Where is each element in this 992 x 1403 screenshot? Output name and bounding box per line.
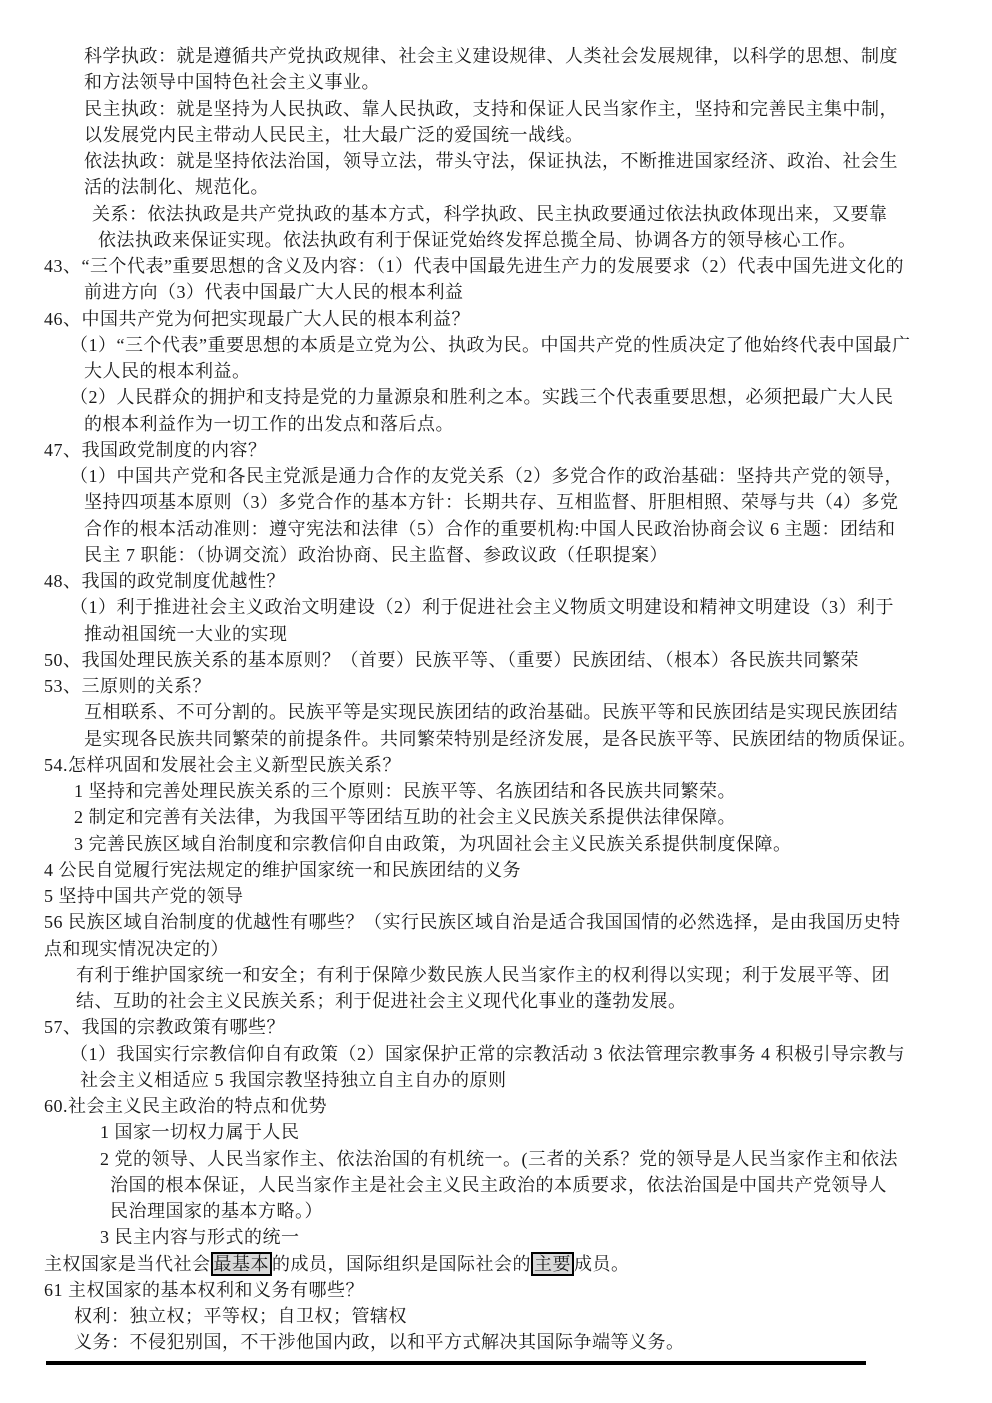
text-line: 依法执政：就是坚持依法治国，领导立法，带头守法，保证执法，不断推进国家经济、政治…: [44, 148, 948, 174]
text-segment: （1）利于推进社会主义政治文明建设（2）利于促进社会主义物质文明建设和精神文明建…: [70, 597, 894, 617]
text-line: 1 国家一切权力属于人民: [44, 1119, 948, 1145]
text-line: 互相联系、不可分割的。民族平等是实现民族团结的政治基础。民族平等和民族团结是实现…: [44, 699, 948, 725]
text-segment: 义务：不侵犯别国，不干涉他国内政，以和平方式解决其国际争端等义务。: [74, 1332, 685, 1352]
text-line: 43、“三个代表”重要思想的含义及内容：（1）代表中国最先进生产力的发展要求（2…: [44, 253, 948, 279]
text-line: 合作的根本活动准则：遵守宪法和法律（5）合作的重要机构:中国人民政治协商会议 6…: [44, 516, 948, 542]
text-line: 是实现各民族共同繁荣的前提条件。共同繁荣特别是经济发展，是各民族平等、民族团结的…: [44, 726, 948, 752]
text-segment: 50、我国处理民族关系的基本原则？（首要）民族平等、（重要）民族团结、（根本）各…: [44, 650, 859, 670]
text-segment: 2 党的领导、人民当家作主、依法治国的有机统一。(三者的关系？党的领导是人民当家…: [100, 1149, 898, 1169]
text-line: 1 坚持和完善处理民族关系的三个原则：民族平等、名族团结和各民族共同繁荣。: [44, 778, 948, 804]
text-line: 治国的根本保证，人民当家作主是社会主义民主政治的本质要求，依法治国是中国共产党领…: [44, 1172, 948, 1198]
text-line: 2 党的领导、人民当家作主、依法治国的有机统一。(三者的关系？党的领导是人民当家…: [44, 1146, 948, 1172]
text-segment: 56 民族区域自治制度的优越性有哪些？（实行民族区域自治是适合我国国情的必然选择…: [44, 912, 901, 932]
text-line: 53、三原则的关系？: [44, 673, 948, 699]
text-segment: 坚持四项基本原则（3）多党合作的基本方针：长期共存、互相监督、肝胆相照、荣辱与共…: [84, 492, 899, 512]
text-segment: 5 坚持中国共产党的领导: [44, 886, 244, 906]
text-segment: 2 制定和完善有关法律，为我国平等团结互助的社会主义民族关系提供法律保障。: [74, 807, 736, 827]
text-line: 民主 7 职能：（协调交流）政治协商、民主监督、参政议政（任职提案）: [44, 542, 948, 568]
text-segment: 54.怎样巩固和发展社会主义新型民族关系？: [44, 755, 401, 775]
text-line: 权利：独立权；平等权；自卫权；管辖权: [44, 1303, 948, 1329]
text-line: （1）中国共产党和各民主党派是通力合作的友党关系（2）多党合作的政治基础：坚持共…: [44, 463, 948, 489]
text-segment: 46、中国共产党为何把实现最广大人民的根本利益？: [44, 309, 470, 329]
document-page: 科学执政：就是遵循共产党执政规律、社会主义建设规律、人类社会发展规律，以科学的思…: [0, 0, 992, 1403]
text-line: 以发展党内民主带动人民民主，壮大最广泛的爱国统一战线。: [44, 122, 948, 148]
text-segment: 47、我国政党制度的内容？: [44, 440, 267, 460]
text-line: 依法执政来保证实现。依法执政有利于保证党始终发挥总揽全局、协调各方的领导核心工作…: [44, 227, 948, 253]
text-line: 科学执政：就是遵循共产党执政规律、社会主义建设规律、人类社会发展规律，以科学的思…: [44, 43, 948, 69]
text-line: 48、我国的政党制度优越性？: [44, 568, 948, 594]
text-line: 大人民的根本利益。: [44, 358, 948, 384]
text-line: 60.社会主义民主政治的特点和优势: [44, 1093, 948, 1119]
text-segment: 53、三原则的关系？: [44, 676, 211, 696]
text-segment: 有利于维护国家统一和安全；有利于保障少数民族人民当家作主的权利得以实现；利于发展…: [76, 965, 890, 985]
text-segment: （1）“三个代表”重要思想的本质是立党为公、执政为民。中国共产党的性质决定了他始…: [70, 335, 910, 355]
text-line: 社会主义相适应 5 我国宗教坚持独立自主自办的原则: [44, 1067, 948, 1093]
text-line: 坚持四项基本原则（3）多党合作的基本方针：长期共存、互相监督、肝胆相照、荣辱与共…: [44, 489, 948, 515]
text-segment: 1 国家一切权力属于人民: [100, 1122, 300, 1142]
text-line: 5 坚持中国共产党的领导: [44, 883, 948, 909]
text-line: 主权国家是当代社会最基本的成员，国际组织是国际社会的主要成员。: [44, 1251, 948, 1277]
text-segment: 民治理国家的基本方略。）: [110, 1201, 323, 1221]
text-line: （2）人民群众的拥护和支持是党的力量源泉和胜利之本。实践三个代表重要思想，必须把…: [44, 384, 948, 410]
document-body: 科学执政：就是遵循共产党执政规律、社会主义建设规律、人类社会发展规律，以科学的思…: [44, 43, 948, 1356]
text-line: 结、互助的社会主义民族关系；利于促进社会主义现代化事业的蓬勃发展。: [44, 988, 948, 1014]
text-line: 2 制定和完善有关法律，为我国平等团结互助的社会主义民族关系提供法律保障。: [44, 804, 948, 830]
text-segment: （1）我国实行宗教信仰自有政策（2）国家保护正常的宗教活动 3 依法管理宗教事务…: [70, 1044, 905, 1064]
text-segment: （2）人民群众的拥护和支持是党的力量源泉和胜利之本。实践三个代表重要思想，必须把…: [70, 387, 894, 407]
text-line: 民主执政：就是坚持为人民执政、靠人民执政，支持和保证人民当家作主，坚持和完善民主…: [44, 96, 948, 122]
text-segment: 48、我国的政党制度优越性？: [44, 571, 285, 591]
text-line: 56 民族区域自治制度的优越性有哪些？（实行民族区域自治是适合我国国情的必然选择…: [44, 909, 948, 935]
text-line: 和方法领导中国特色社会主义事业。: [44, 69, 948, 95]
text-segment: 以发展党内民主带动人民民主，壮大最广泛的爱国统一战线。: [84, 125, 584, 145]
text-segment: 依法执政：就是坚持依法治国，领导立法，带头守法，保证执法，不断推进国家经济、政治…: [84, 151, 898, 171]
text-segment: 关系：依法执政是共产党执政的基本方式，科学执政、民主执政要通过依法执政体现出来，…: [92, 204, 888, 224]
highlighted-term: 最基本: [211, 1252, 273, 1276]
text-segment: 活的法制化、规范化。: [84, 177, 269, 197]
text-segment: 和方法领导中国特色社会主义事业。: [84, 72, 380, 92]
text-segment: 是实现各民族共同繁荣的前提条件。共同繁荣特别是经济发展，是各民族平等、民族团结的…: [84, 729, 917, 749]
text-line: 义务：不侵犯别国，不干涉他国内政，以和平方式解决其国际争端等义务。: [44, 1329, 948, 1355]
text-segment: 合作的根本活动准则：遵守宪法和法律（5）合作的重要机构:中国人民政治协商会议 6…: [84, 519, 896, 539]
text-line: 活的法制化、规范化。: [44, 174, 948, 200]
text-line: 关系：依法执政是共产党执政的基本方式，科学执政、民主执政要通过依法执政体现出来，…: [44, 201, 948, 227]
text-segment: 4 公民自觉履行宪法规定的维护国家统一和民族团结的义务: [44, 860, 521, 880]
text-line: 4 公民自觉履行宪法规定的维护国家统一和民族团结的义务: [44, 857, 948, 883]
text-segment: 57、我国的宗教政策有哪些？: [44, 1017, 285, 1037]
text-line: 54.怎样巩固和发展社会主义新型民族关系？: [44, 752, 948, 778]
text-line: 3 民主内容与形式的统一: [44, 1224, 948, 1250]
text-line: （1）利于推进社会主义政治文明建设（2）利于促进社会主义物质文明建设和精神文明建…: [44, 594, 948, 620]
text-line: 推动祖国统一大业的实现: [44, 621, 948, 647]
text-segment: 61 主权国家的基本权利和义务有哪些？: [44, 1280, 364, 1300]
text-line: 61 主权国家的基本权利和义务有哪些？: [44, 1277, 948, 1303]
text-line: （1）我国实行宗教信仰自有政策（2）国家保护正常的宗教活动 3 依法管理宗教事务…: [44, 1041, 948, 1067]
text-line: 57、我国的宗教政策有哪些？: [44, 1014, 948, 1040]
text-segment: 3 完善民族区域自治制度和宗教信仰自由政策，为巩固社会主义民族关系提供制度保障。: [74, 834, 792, 854]
text-segment: 60.社会主义民主政治的特点和优势: [44, 1096, 327, 1116]
text-segment: 民主执政：就是坚持为人民执政、靠人民执政，支持和保证人民当家作主，坚持和完善民主…: [84, 99, 898, 119]
text-segment: 治国的根本保证，人民当家作主是社会主义民主政治的本质要求，依法治国是中国共产党领…: [110, 1175, 887, 1195]
text-segment: 的成员，国际组织是国际社会的: [272, 1254, 531, 1274]
text-line: 的根本利益作为一切工作的出发点和落后点。: [44, 411, 948, 437]
text-line: 46、中国共产党为何把实现最广大人民的根本利益？: [44, 306, 948, 332]
text-line: 民治理国家的基本方略。）: [44, 1198, 948, 1224]
text-segment: 的根本利益作为一切工作的出发点和落后点。: [84, 414, 454, 434]
text-line: 47、我国政党制度的内容？: [44, 437, 948, 463]
text-segment: 大人民的根本利益。: [84, 361, 251, 381]
text-line: 前进方向（3）代表中国最广大人民的根本利益: [44, 279, 948, 305]
text-segment: 社会主义相适应 5 我国宗教坚持独立自主自办的原则: [80, 1070, 507, 1090]
text-segment: 成员。: [574, 1254, 630, 1274]
text-segment: 点和现实情况决定的）: [44, 939, 229, 959]
text-segment: 互相联系、不可分割的。民族平等是实现民族团结的政治基础。民族平等和民族团结是实现…: [84, 702, 898, 722]
text-segment: 主权国家是当代社会: [44, 1254, 211, 1274]
text-line: （1）“三个代表”重要思想的本质是立党为公、执政为民。中国共产党的性质决定了他始…: [44, 332, 948, 358]
text-line: 有利于维护国家统一和安全；有利于保障少数民族人民当家作主的权利得以实现；利于发展…: [44, 962, 948, 988]
text-line: 3 完善民族区域自治制度和宗教信仰自由政策，为巩固社会主义民族关系提供制度保障。: [44, 831, 948, 857]
text-segment: 依法执政来保证实现。依法执政有利于保证党始终发挥总揽全局、协调各方的领导核心工作…: [98, 230, 857, 250]
text-segment: 科学执政：就是遵循共产党执政规律、社会主义建设规律、人类社会发展规律，以科学的思…: [84, 46, 898, 66]
text-line: 点和现实情况决定的）: [44, 936, 948, 962]
text-line: 50、我国处理民族关系的基本原则？（首要）民族平等、（重要）民族团结、（根本）各…: [44, 647, 948, 673]
highlighted-term: 主要: [531, 1252, 574, 1276]
text-segment: 结、互助的社会主义民族关系；利于促进社会主义现代化事业的蓬勃发展。: [76, 991, 687, 1011]
text-segment: 3 民主内容与形式的统一: [100, 1227, 300, 1247]
text-segment: 前进方向（3）代表中国最广大人民的根本利益: [84, 282, 464, 302]
text-segment: 43、“三个代表”重要思想的含义及内容：（1）代表中国最先进生产力的发展要求（2…: [44, 256, 904, 276]
text-segment: 权利：独立权；平等权；自卫权；管辖权: [74, 1306, 407, 1326]
text-segment: 1 坚持和完善处理民族关系的三个原则：民族平等、名族团结和各民族共同繁荣。: [74, 781, 736, 801]
text-segment: 推动祖国统一大业的实现: [84, 624, 288, 644]
text-segment: （1）中国共产党和各民主党派是通力合作的友党关系（2）多党合作的政治基础：坚持共…: [70, 466, 903, 486]
text-segment: 民主 7 职能：（协调交流）政治协商、民主监督、参政议政（任职提案）: [84, 545, 668, 565]
footnote-separator-rule: [46, 1361, 866, 1365]
